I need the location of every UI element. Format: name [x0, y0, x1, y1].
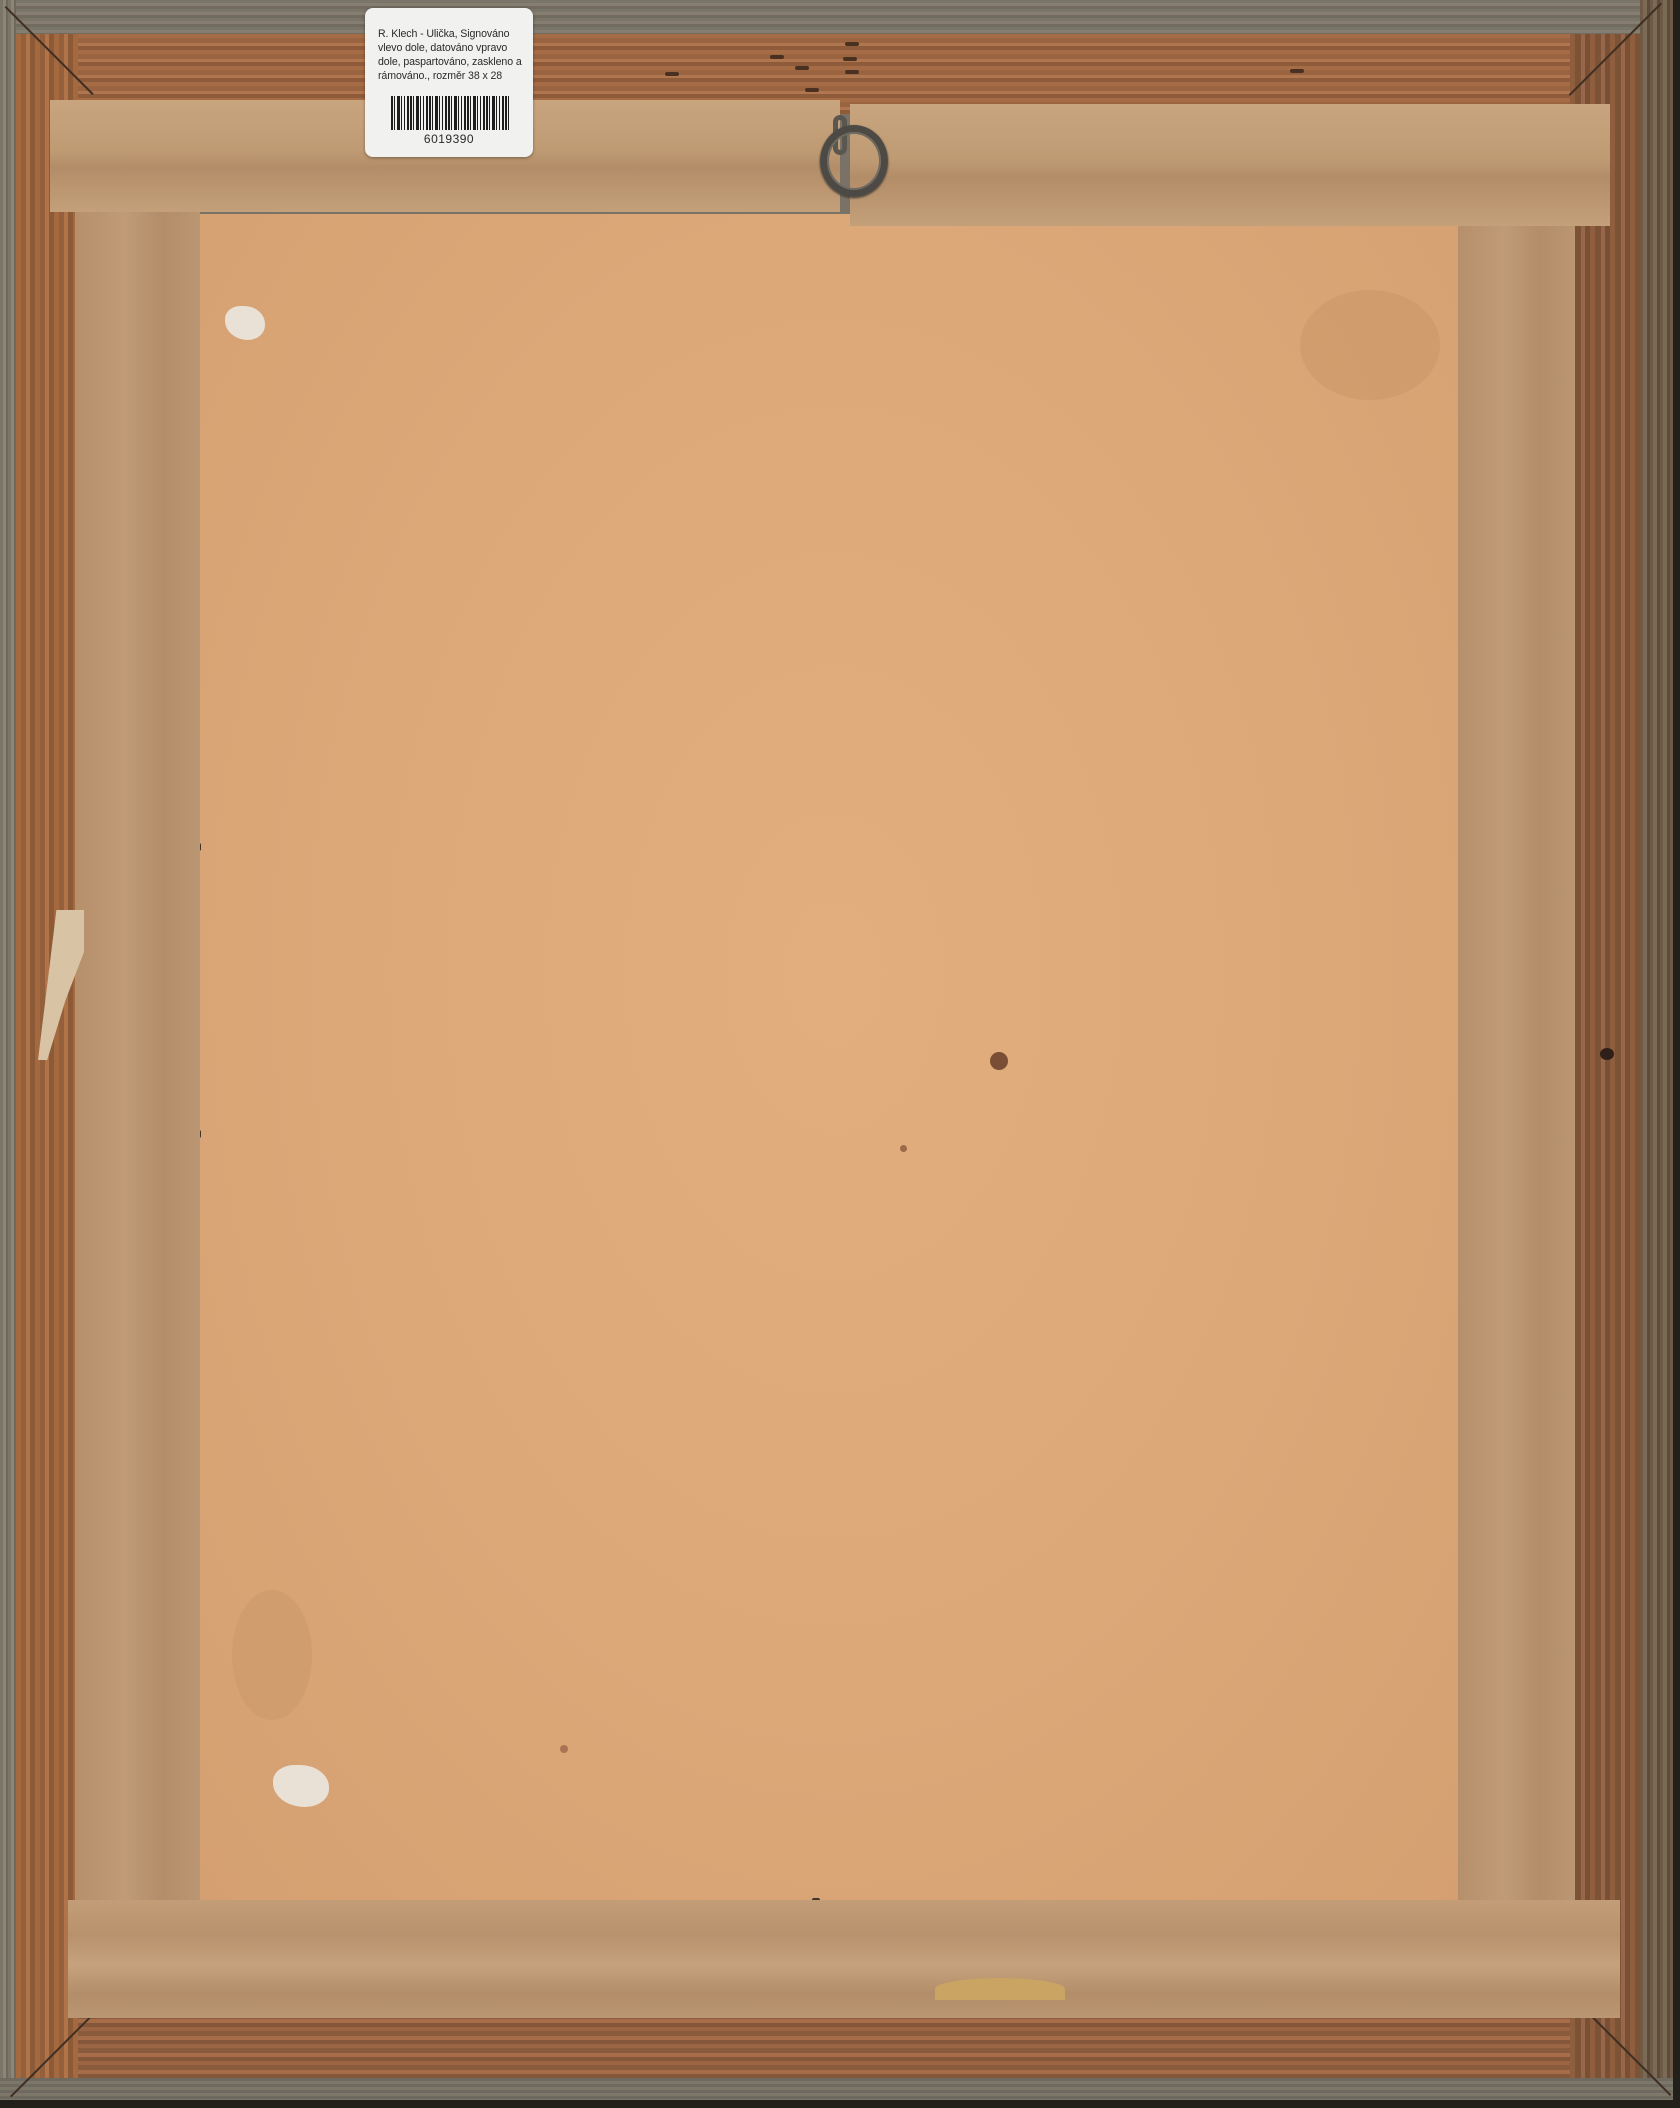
scan-edge-bottom — [0, 2100, 1680, 2108]
foxing-stain — [1300, 290, 1440, 400]
barcode — [391, 96, 511, 130]
wormhole — [845, 42, 859, 46]
foxing-stain — [560, 1745, 568, 1753]
scan-edge-right — [1673, 0, 1680, 2108]
artwork-backing-paper — [200, 214, 1468, 1902]
wormhole — [665, 72, 679, 76]
torn-tape-edge — [935, 1978, 1065, 2000]
frame-outer-edge-right — [1640, 0, 1673, 2100]
framed-artwork-back: R. Klech - Ulička, Signováno vlevo dole,… — [0, 0, 1680, 2108]
wormhole — [845, 70, 859, 74]
frame-outer-edge-left — [0, 0, 16, 2100]
label-description: R. Klech - Ulička, Signováno vlevo dole,… — [378, 27, 528, 83]
frame-wood-bottom — [16, 2010, 1640, 2078]
wormhole — [795, 66, 809, 70]
wormhole — [770, 55, 784, 59]
wormhole — [805, 88, 819, 92]
foxing-stain — [232, 1590, 312, 1720]
frame-outer-edge-bottom — [0, 2078, 1673, 2100]
catalog-label: R. Klech - Ulička, Signováno vlevo dole,… — [365, 8, 533, 157]
tape-strip-left — [75, 200, 200, 2000]
frame-outer-edge-top — [0, 0, 1673, 34]
wood-knot — [1600, 1048, 1614, 1060]
tape-strip-bottom — [68, 1900, 1620, 2018]
barcode-number: 6019390 — [365, 132, 533, 146]
foxing-stain — [900, 1145, 907, 1152]
tape-strip-right — [1458, 215, 1575, 1915]
wormhole — [1290, 69, 1304, 73]
tape-strip-top-right — [850, 104, 1610, 226]
wormhole — [843, 57, 857, 61]
hanging-ring-icon — [820, 125, 888, 197]
foxing-stain — [990, 1052, 1008, 1070]
